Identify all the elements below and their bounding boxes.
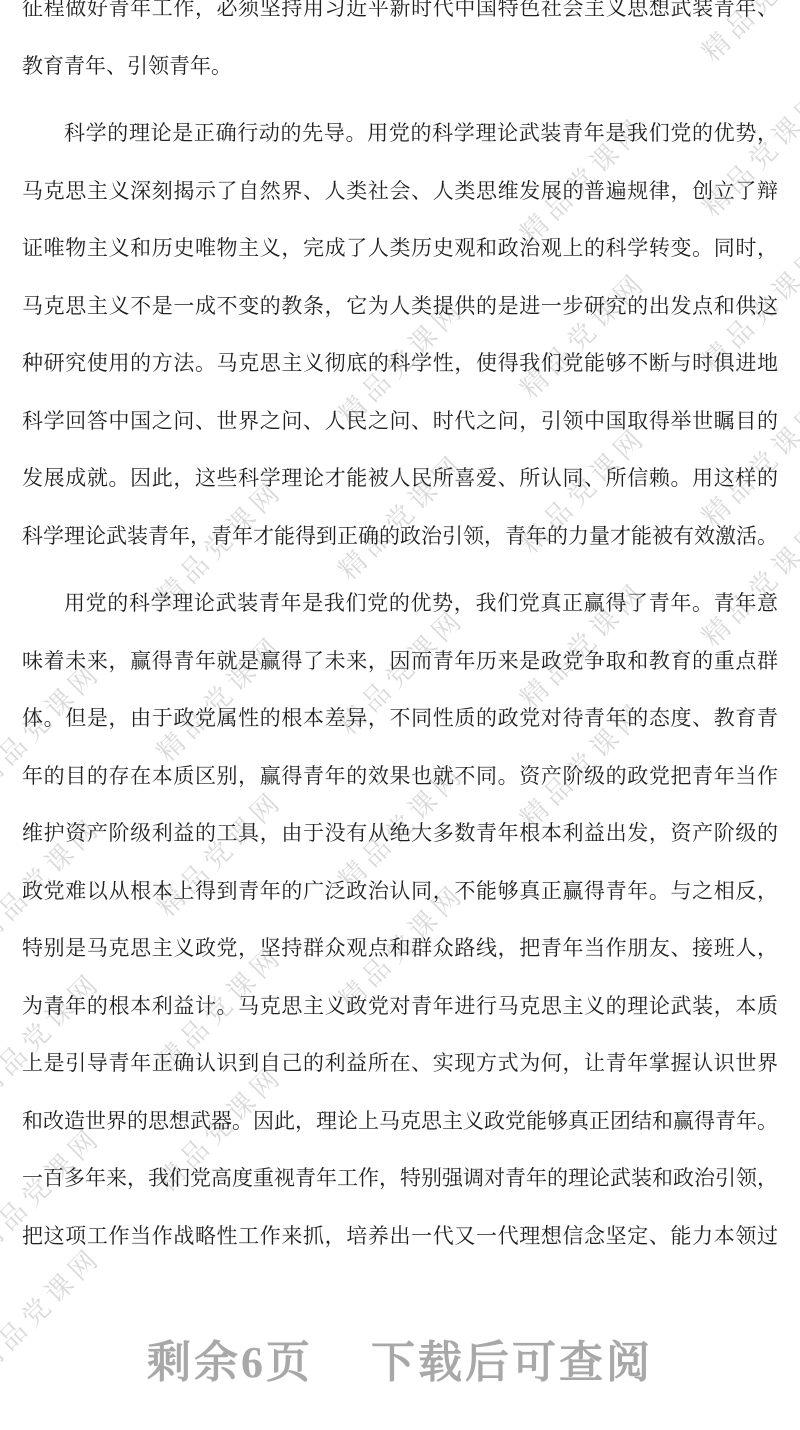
document-preview-page: 精品党课网精品党课网精品党课网精品党课网精品党课网精品党课网精品党课网精品党课网… [0, 0, 800, 1430]
text-line: 政党难以从根本上得到青年的广泛政治认同，不能够真正赢得青年。与之相反， [22, 863, 778, 921]
text-line: 为青年的根本利益计。马克思主义政党对青年进行马克思主义的理论武装，本质 [22, 978, 778, 1036]
text-line: 年的目的存在本质区别，赢得青年的效果也就不同。资产阶级的政党把青年当作 [22, 748, 778, 806]
preview-footer-overlay: 剩余6页下载后可查阅 [0, 1326, 800, 1390]
text-line: 用党的科学理论武装青年是我们党的优势，我们党真正赢得了青年。青年意 [22, 575, 778, 633]
text-line: 特别是马克思主义政党，坚持群众观点和群众路线，把青年当作朋友、接班人， [22, 920, 778, 978]
text-line: 发展成就。因此，这些科学理论才能被人民所喜爱、所认同、所信赖。用这样的 [22, 450, 778, 508]
text-line: 教育青年、引领青年。 [22, 38, 778, 96]
text-line: 把这项工作当作战略性工作来抓，培养出一代又一代理想信念坚定、能力本领过 [22, 1208, 778, 1266]
text-line: 征程做好青年工作，必须坚持用习近平新时代中国特色社会主义思想武装青年、 [22, 0, 778, 38]
text-line: 种研究使用的方法。马克思主义彻底的科学性，使得我们党能够不断与时俱进地 [22, 335, 778, 393]
document-text: 征程做好青年工作，必须坚持用习近平新时代中国特色社会主义思想武装青年、教育青年、… [22, 0, 778, 1265]
text-line: 一百多年来，我们党高度重视青年工作，特别强调对青年的理论武装和政治引领， [22, 1150, 778, 1208]
paragraph: 科学的理论是正确行动的先导。用党的科学理论武装青年是我们党的优势，马克思主义深刻… [22, 105, 778, 565]
remaining-pages-label: 剩余6页 [147, 1338, 313, 1387]
text-line: 维护资产阶级利益的工具，由于没有从绝大多数青年根本利益出发，资产阶级的 [22, 805, 778, 863]
text-line: 马克思主义深刻揭示了自然界、人类社会、人类思维发展的普遍规律，创立了辩 [22, 163, 778, 221]
paragraph: 征程做好青年工作，必须坚持用习近平新时代中国特色社会主义思想武装青年、教育青年、… [22, 0, 778, 95]
text-line: 科学回答中国之问、世界之问、人民之问、时代之问，引领中国取得举世瞩目的 [22, 393, 778, 451]
text-line: 马克思主义不是一成不变的教条，它为人类提供的是进一步研究的出发点和供这 [22, 278, 778, 336]
text-line: 味着未来，赢得青年就是赢得了未来，因而青年历来是政党争取和教育的重点群 [22, 633, 778, 691]
paragraph: 用党的科学理论武装青年是我们党的优势，我们党真正赢得了青年。青年意味着未来，赢得… [22, 575, 778, 1265]
text-line: 科学理论武装青年，青年才能得到正确的政治引领，青年的力量才能被有效激活。 [22, 508, 778, 566]
text-line: 证唯物主义和历史唯物主义，完成了人类历史观和政治观上的科学转变。同时， [22, 220, 778, 278]
text-line: 体。但是，由于政党属性的根本差异，不同性质的政党对待青年的态度、教育青 [22, 690, 778, 748]
text-line: 和改造世界的思想武器。因此，理论上马克思主义政党能够真正团结和赢得青年。 [22, 1093, 778, 1151]
download-hint-label: 下载后可查阅 [371, 1338, 653, 1387]
text-line: 科学的理论是正确行动的先导。用党的科学理论武装青年是我们党的优势， [22, 105, 778, 163]
text-line: 上是引导青年正确认识到自己的利益所在、实现方式为何，让青年掌握认识世界 [22, 1035, 778, 1093]
